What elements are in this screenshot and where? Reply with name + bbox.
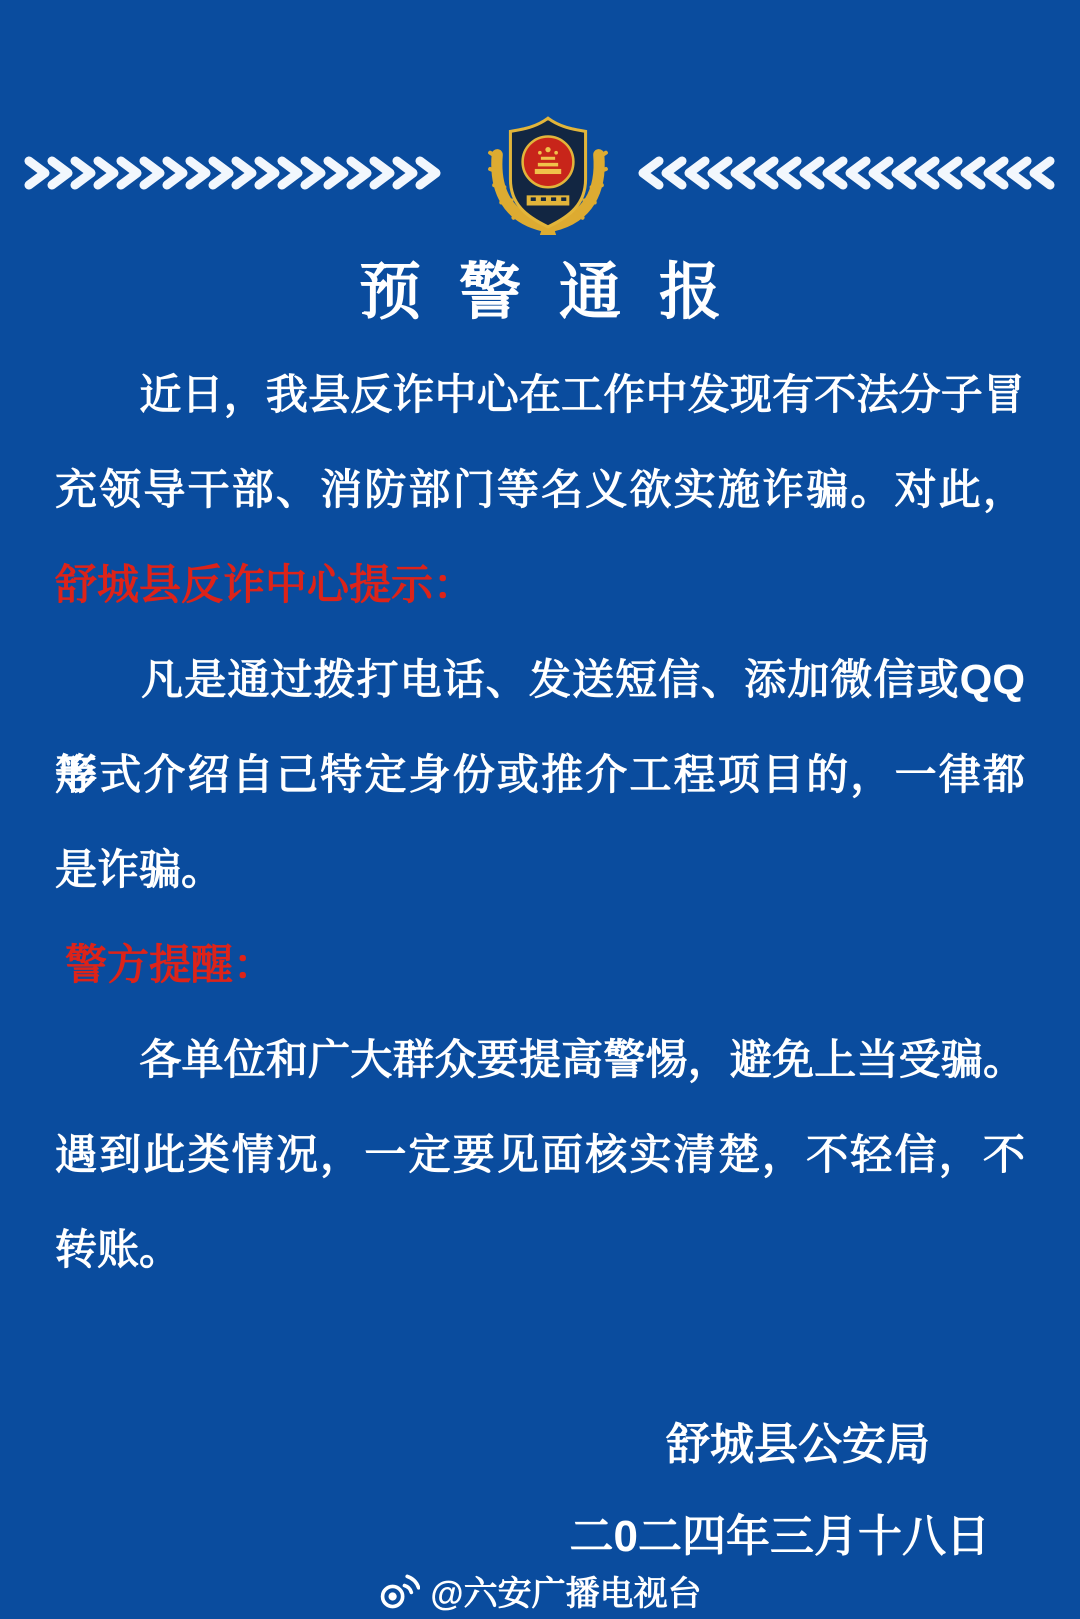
notice-text-line: 各单位和广大群众要提高警惕，避免上当受骗。 (55, 1012, 1025, 1107)
police-reminder-heading: 警方提醒： (55, 917, 1025, 1012)
agency-signature: 舒城县公安局 (666, 1420, 930, 1471)
notice-date: 二0二四年三月十八日 (570, 1512, 990, 1563)
anti-fraud-center-heading: 舒城县反诈中心提示： (55, 537, 1025, 632)
watermark-text: @六安广播电视台 (430, 1566, 701, 1615)
chevrons-left-icon (638, 156, 1058, 190)
weibo-watermark: @六安广播电视台 (0, 1566, 1080, 1615)
notice-body: 近日，我县反诈中心在工作中发现有不法分子冒 充领导干部、消防部门等名义欲实施诈骗… (55, 347, 1025, 1297)
notice-text-line: 遇到此类情况，一定要见面核实清楚，不轻信，不 (55, 1107, 1025, 1202)
notice-text-line: 是诈骗。 (55, 822, 1025, 917)
police-badge-icon (482, 106, 614, 238)
weibo-icon (378, 1571, 420, 1611)
notice-text-line: 形式介绍自己特定身份或推介工程项目的，一律都 (55, 727, 1025, 822)
notice-text-line: 转账。 (55, 1202, 1025, 1297)
chevrons-right-icon (24, 156, 444, 190)
police-warning-notice-poster: 预警通报 近日，我县反诈中心在工作中发现有不法分子冒 充领导干部、消防部门等名义… (0, 0, 1080, 1619)
notice-text-line: 近日，我县反诈中心在工作中发现有不法分子冒 (55, 347, 1025, 442)
notice-text-line: 充领导干部、消防部门等名义欲实施诈骗。对此， (55, 442, 1025, 537)
notice-title: 预警通报 (0, 262, 1080, 324)
notice-text-line: 凡是通过拨打电话、发送短信、添加微信或QQ等 (55, 632, 1025, 727)
